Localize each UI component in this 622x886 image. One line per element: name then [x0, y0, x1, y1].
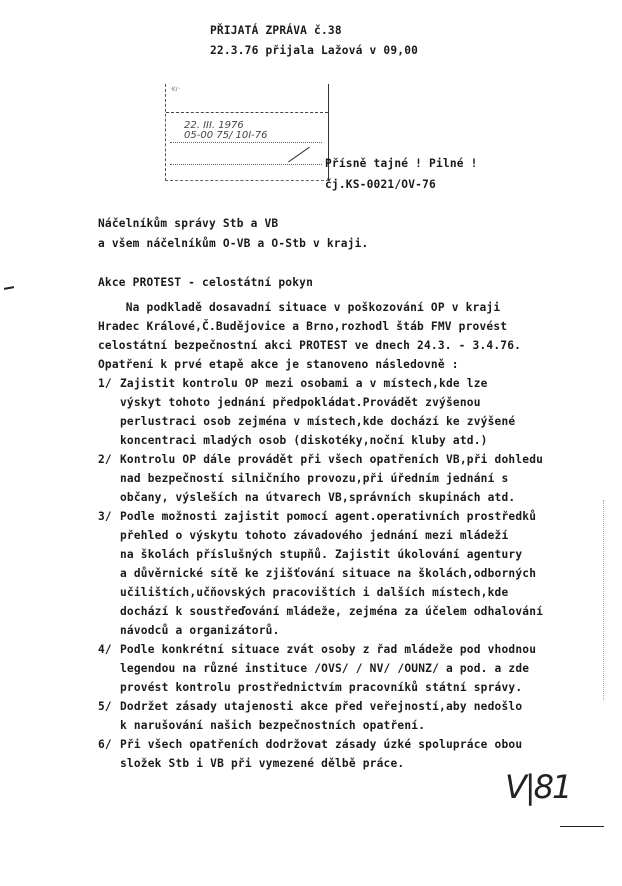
item-number: 6/	[98, 738, 112, 751]
received-line: 22.3.76 přijala Lažová v 09,00	[210, 44, 418, 57]
item-number: 2/	[98, 453, 112, 466]
item-line: Dodržet zásady utajenosti akce před veře…	[120, 700, 522, 713]
stamp-divider	[166, 112, 328, 113]
addressee-line: Náčelníkům správy Stb a VB	[98, 217, 278, 230]
document-title: PŘIJATÁ ZPRÁVA č.38	[210, 24, 342, 37]
item-line: koncentraci mladých osob (diskotéky,nočn…	[120, 434, 488, 447]
stamp-pen-stroke	[288, 147, 310, 163]
handwritten-signature: V|81	[505, 768, 570, 806]
item-line: učilištích,učňovských pracovištích i dal…	[120, 586, 508, 599]
item-line: Podle možnosti zajistit pomocí agent.ope…	[120, 510, 536, 523]
margin-punch-mark	[4, 286, 14, 290]
item-line: výskyt tohoto jednání předpokládat.Prová…	[120, 396, 481, 409]
file-number: čj.KS-0021/OV-76	[325, 178, 436, 191]
item-line: perlustraci osob zejména v místech,kde d…	[120, 415, 515, 428]
intro-line: Na podkladě dosavadní situace v poškozov…	[98, 301, 500, 314]
item-line: na školách příslušných stupňů. Zajistit …	[120, 548, 522, 561]
addressee-line: a všem náčelníkům O-VB a O-Stb v kraji.	[98, 237, 368, 250]
stamp-dotted-line	[170, 142, 322, 143]
scan-edge-dots	[603, 500, 604, 700]
signature-underline	[560, 826, 604, 827]
item-number: 1/	[98, 377, 112, 390]
item-line: dochází k soustřeďování mládeže, zejména…	[120, 605, 543, 618]
classification-secrecy: Přísně tajné ! Pilné !	[325, 157, 478, 170]
intro-line: Opatření k prvé etapě akce je stanoveno …	[98, 358, 459, 371]
item-line: a důvěrnické sítě ke zjišťování situace …	[120, 567, 536, 580]
item-number: 3/	[98, 510, 112, 523]
item-line: Při všech opatřeních dodržovat zásady úz…	[120, 738, 522, 751]
item-line: legendou na různé instituce /OVS/ / NV/ …	[120, 662, 529, 675]
item-line: k narušování našich bezpečnostních opatř…	[120, 719, 425, 732]
item-line: občany, výsleších na útvarech VB,správní…	[120, 491, 515, 504]
item-line: nad bezpečností silničního provozu,při ú…	[120, 472, 508, 485]
item-line: návodců a organizátorů.	[120, 624, 280, 637]
item-number: 5/	[98, 700, 112, 713]
intro-line: Hradec Králové,Č.Budějovice a Brno,rozho…	[98, 320, 507, 333]
stamp-reference: 05-00 75/ 10I-76	[184, 130, 268, 141]
item-line: složek Stb i VB při vymezené dělbě práce…	[120, 757, 404, 770]
stamp-label-mark: ·Kr·	[170, 86, 180, 93]
item-line: Zajistit kontrolu OP mezi osobami a v mí…	[120, 377, 488, 390]
item-line: provést kontrolu prostřednictvím pracovn…	[120, 681, 522, 694]
item-line: Podle konkrétní situace zvát osoby z řad…	[120, 643, 536, 656]
intro-line: celostátní bezpečnostní akci PROTEST ve …	[98, 339, 521, 352]
item-line: přehled o výskytu tohoto závadového jedn…	[120, 529, 508, 542]
stamp-dotted-line	[170, 164, 322, 165]
item-line: Kontrolu OP dále provádět při všech opat…	[120, 453, 543, 466]
item-number: 4/	[98, 643, 112, 656]
registry-stamp: ·Kr· 22. III. 1976 05-00 75/ 10I-76	[165, 84, 329, 181]
subject-line: Akce PROTEST - celostátní pokyn	[98, 276, 313, 289]
